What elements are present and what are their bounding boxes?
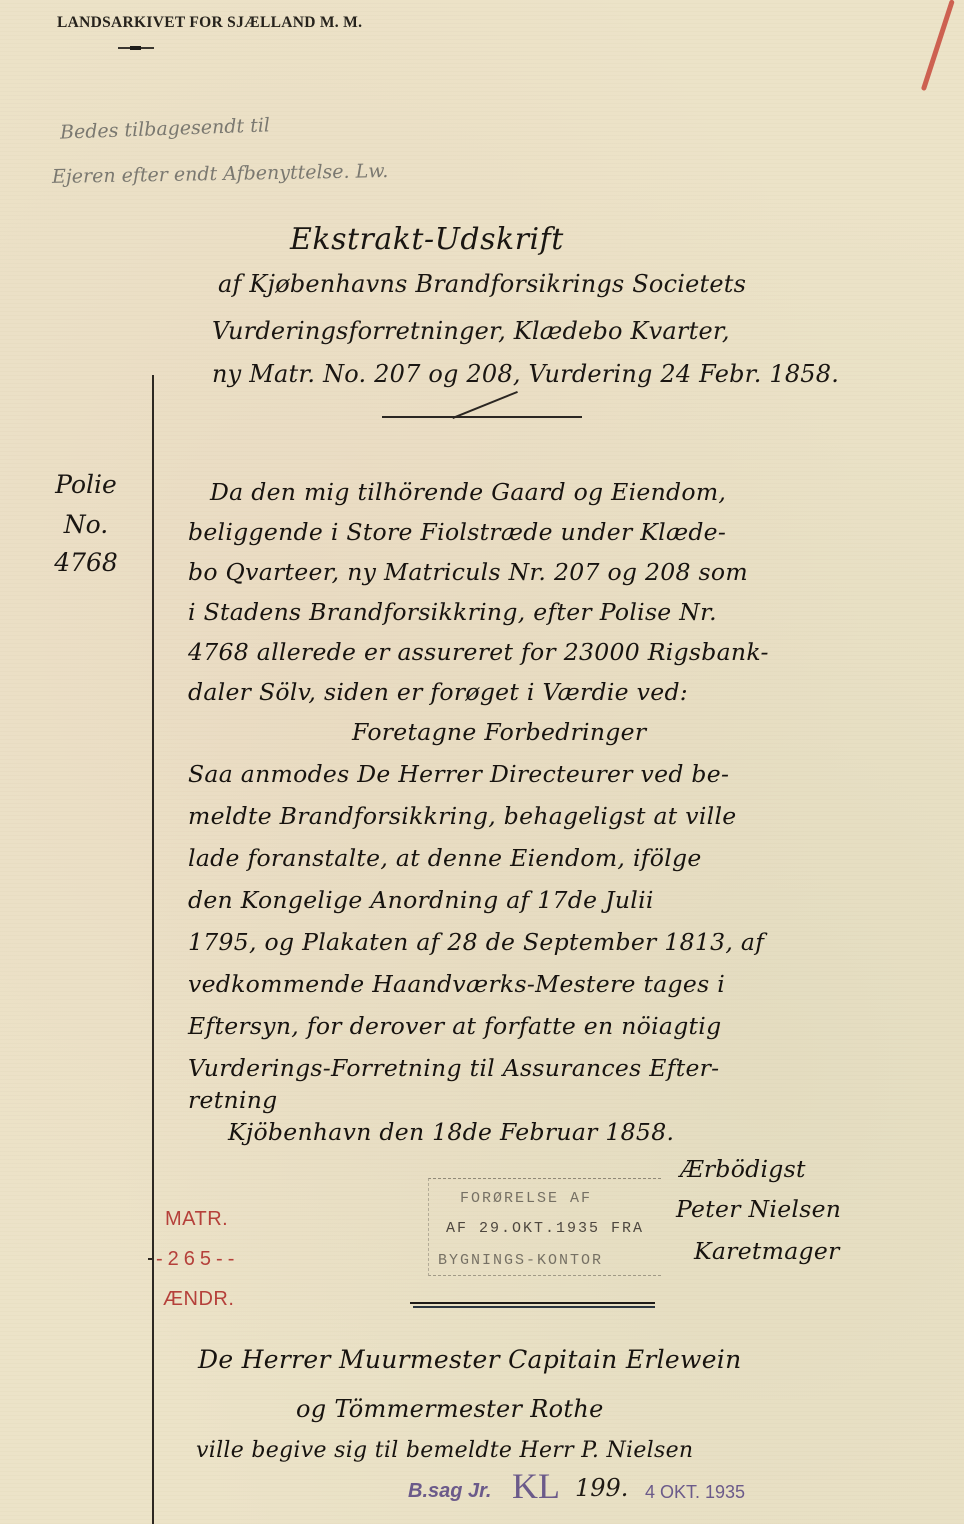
title-divider: [382, 416, 582, 418]
margin-no-label: No.: [38, 510, 134, 539]
body-line: Vurderings-Forretning til Assurances Eft…: [188, 1054, 719, 1082]
body-line: 4768 allerede er assureret for 23000 Rig…: [188, 638, 769, 666]
body-line: beliggende i Store Fiolstræde under Klæd…: [188, 518, 726, 546]
case-journal-kl: KL: [512, 1465, 560, 1507]
margin-tick: [148, 1258, 154, 1260]
footer-line-2: og Tömmermester Rothe: [296, 1395, 604, 1423]
title-divider-slash: [452, 391, 517, 419]
archive-header: LANDSARKIVET FOR SJÆLLAND M. M.: [57, 14, 362, 32]
pencil-note-line-2: Ejeren efter endt Afbenyttelse. Lw.: [52, 160, 389, 188]
body-line-improvements: Foretagne Forbedringer: [352, 718, 646, 746]
header-rule: [118, 47, 154, 49]
document-title: Ekstrakt-Udskrift: [290, 222, 564, 257]
faded-stamp-line-3: BYGNINGS-KONTOR: [438, 1252, 603, 1269]
signature-title: Karetmager: [694, 1237, 840, 1265]
case-journal-date: 4 OKT. 1935: [645, 1482, 745, 1503]
faded-stamp-line-1: FORØRELSE AF: [460, 1190, 592, 1207]
footer-line-1: De Herrer Muurmester Capitain Erlewein: [198, 1345, 742, 1374]
body-line: daler Sölv, siden er forøget i Værdie ve…: [188, 678, 688, 706]
red-pencil-mark: [921, 0, 955, 91]
date-line: Kjöbenhavn den 18de Februar 1858.: [228, 1118, 674, 1146]
margin-polie-label: Polie: [38, 470, 134, 499]
body-line: 1795, og Plakaten af 28 de September 181…: [188, 928, 764, 956]
signature-closing: Ærbödigst: [680, 1155, 806, 1183]
case-journal-prefix: B.sag Jr.: [408, 1480, 491, 1503]
title-line-3: ny Matr. No. 207 og 208, Vurdering 24 Fe…: [212, 360, 839, 388]
margin-policy-number: 4768: [38, 548, 134, 577]
matr-stamp-label: MATR.: [165, 1208, 228, 1231]
section-divider-second: [413, 1306, 655, 1308]
body-line: Da den mig tilhörende Gaard og Eiendom,: [210, 478, 726, 506]
matr-stamp-number: -265--: [156, 1248, 239, 1271]
body-line: Eftersyn, for derover at forfatte en nöi…: [188, 1012, 721, 1040]
body-line: retning: [188, 1086, 278, 1114]
matr-stamp-change: ÆNDR.: [163, 1288, 234, 1311]
body-line: meldte Brandforsikkring, behageligst at …: [188, 802, 737, 830]
body-line: bo Qvarteer, ny Matriculs Nr. 207 og 208…: [188, 558, 748, 586]
title-line-2: Vurderingsforretninger, Klædebo Kvarter,: [212, 317, 730, 345]
body-line: i Stadens Brandforsikkring, efter Polise…: [188, 598, 717, 626]
body-line: Saa anmodes De Herrer Directeurer ved be…: [188, 760, 729, 788]
body-line: den Kongelige Anordning af 17de Julii: [188, 886, 654, 914]
margin-line: [152, 375, 154, 1524]
body-line: vedkommende Haandværks-Mestere tages i: [188, 970, 725, 998]
title-line-1: af Kjøbenhavns Brandforsikrings Societet…: [218, 270, 746, 298]
section-divider: [410, 1302, 655, 1304]
signature-name: Peter Nielsen: [676, 1195, 841, 1223]
footer-line-3: ville begive sig til bemeldte Herr P. Ni…: [196, 1438, 693, 1463]
case-journal-number: 199.: [575, 1474, 628, 1502]
faded-stamp-line-2: AF 29.OKT.1935 FRA: [446, 1220, 644, 1237]
pencil-note-line-1: Bedes tilbagesendt til: [60, 114, 271, 143]
body-line: lade foranstalte, at denne Eiendom, iföl…: [188, 844, 702, 872]
